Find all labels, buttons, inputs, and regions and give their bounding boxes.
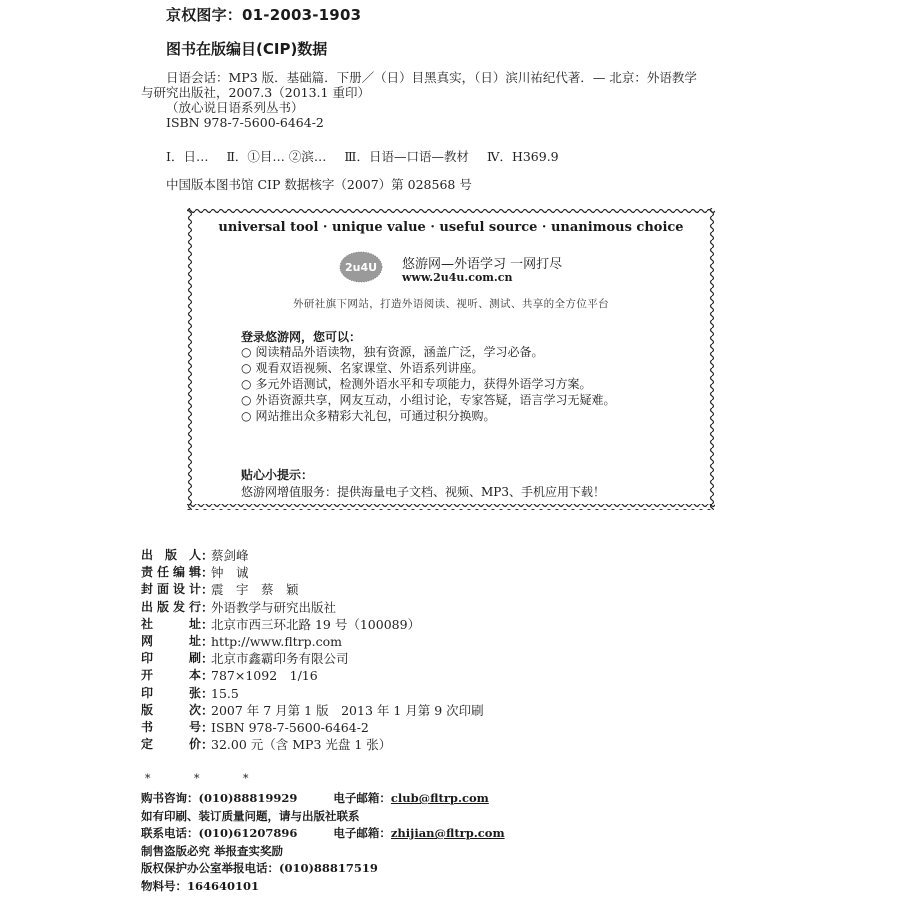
material-number: 物料号：164640101 — [141, 878, 505, 896]
circle-bullet-icon: ○ — [241, 409, 251, 423]
pub-label: 责任编辑 — [141, 564, 201, 581]
purchase-contact: 购书咨询：(010)88819929电子邮箱：club@fltrp.com — [141, 790, 505, 808]
pub-row-website: 网址 ： http://www.fltrp.com — [141, 633, 484, 650]
pub-row-cover-design: 封面设计 ： 震 宇 蔡 颖 — [141, 581, 484, 598]
pub-value: 15.5 — [211, 685, 239, 702]
pub-label: 封面设计 — [141, 581, 201, 598]
website-link[interactable]: http://www.fltrp.com — [211, 633, 342, 650]
publication-info: 出版人 ： 蔡剑峰 责任编辑 ： 钟 诚 封面设计 ： 震 宇 蔡 颖 出版发行… — [141, 547, 484, 753]
cip-record: 日语会话：MP3 版．基础篇．下册／（日）目黑真实，（日）滨川祐纪代著．— 北京… — [141, 70, 697, 130]
pub-value: 787×1092 1/16 — [211, 667, 318, 684]
pub-row-isbn: 书号 ： ISBN 978-7-5600-6464-2 — [141, 719, 484, 736]
pub-value: 32.00 元（含 MP3 光盘 1 张） — [211, 736, 391, 753]
list-item: ○阅读精品外语读物，独有资源，涵盖广泛，学习必备。 — [241, 344, 616, 360]
pub-row-format: 开本 ： 787×1092 1/16 — [141, 667, 484, 684]
pub-label: 版次 — [141, 702, 201, 719]
pub-row-price: 定价 ： 32.00 元（含 MP3 光盘 1 张） — [141, 736, 484, 753]
quality-phone: 联系电话：(010)61207896 — [141, 826, 297, 840]
promo-box: universal tool · unique value · useful s… — [187, 208, 715, 510]
pub-row-address: 社址 ： 北京市西三环北路 19 号（100089） — [141, 616, 484, 633]
circle-bullet-icon: ○ — [241, 345, 251, 359]
pub-value: 北京市鑫霸印务有限公司 — [211, 650, 349, 667]
pub-value: 外语教学与研究出版社 — [211, 599, 336, 616]
quality-email-link[interactable]: zhijian@fltrp.com — [391, 826, 505, 840]
list-item: ○多元外语测试，检测外语水平和专项能力，获得外语学习方案。 — [241, 376, 616, 392]
pub-label: 书号 — [141, 719, 201, 736]
star-separator: * * * — [145, 772, 289, 785]
pub-value: 钟 诚 — [211, 564, 249, 581]
pub-label: 定价 — [141, 736, 201, 753]
pub-label: 印刷 — [141, 650, 201, 667]
contact-info: 购书咨询：(010)88819929电子邮箱：club@fltrp.com 如有… — [141, 790, 505, 895]
piracy-note: 制售盗版必究 举报查实奖励 — [141, 843, 505, 861]
quality-note: 如有印刷、装订质量问题，请与出版社联系 — [141, 808, 505, 826]
list-item: ○外语资源共享，网友互动，小组讨论，专家答疑，语言学习无疑难。 — [241, 392, 616, 408]
copyright-permit: 京权图字：01-2003-1903 — [166, 4, 361, 25]
purchase-phone: 购书咨询：(010)88819929 — [141, 791, 297, 805]
pub-value: 北京市西三环北路 19 号（100089） — [211, 616, 420, 633]
pub-label: 印张 — [141, 685, 201, 702]
promo-site-title: 悠游网—外语学习 一网打尽 — [402, 253, 562, 272]
pub-label: 出版人 — [141, 547, 201, 564]
pub-row-printer: 印刷 ： 北京市鑫霸印务有限公司 — [141, 650, 484, 667]
cip-title: 图书在版编目(CIP)数据 — [166, 38, 327, 59]
purchase-email-link[interactable]: club@fltrp.com — [391, 791, 489, 805]
pub-row-editor: 责任编辑 ： 钟 诚 — [141, 564, 484, 581]
cip-line: 与研究出版社，2007.3（2013.1 重印） — [141, 85, 697, 100]
pub-row-edition: 版次 ： 2007 年 7 月第 1 版 2013 年 1 月第 9 次印刷 — [141, 702, 484, 719]
circle-bullet-icon: ○ — [241, 361, 251, 375]
promo-tips-text: 悠游网增值服务：提供海量电子文档、视频、MP3、手机应用下载！ — [241, 483, 605, 500]
circle-bullet-icon: ○ — [241, 377, 251, 391]
cip-line: 日语会话：MP3 版．基础篇．下册／（日）目黑真实，（日）滨川祐纪代著．— 北京… — [141, 70, 697, 85]
asterisk-icon: * — [194, 772, 200, 785]
promo-tips-title: 贴心小提示： — [241, 466, 313, 483]
pub-value: ISBN 978-7-5600-6464-2 — [211, 719, 369, 736]
cip-line: ISBN 978-7-5600-6464-2 — [141, 115, 697, 130]
pub-label: 网址 — [141, 633, 201, 650]
promo-site-url[interactable]: www.2u4u.com.cn — [402, 271, 512, 284]
classification-item: Ⅱ．①目… ②滨… — [226, 149, 326, 164]
promo-tagline: 外研社旗下网站，打造外语阅读、视听、测试、共享的全方位平台 — [187, 296, 715, 311]
pub-row-sheets: 印张 ： 15.5 — [141, 685, 484, 702]
classification-item: Ⅲ．日语—口语—教材 — [344, 149, 469, 164]
pub-value: 2007 年 7 月第 1 版 2013 年 1 月第 9 次印刷 — [211, 702, 484, 719]
circle-bullet-icon: ○ — [241, 393, 251, 407]
list-item: ○观看双语视频、名家课堂、外语系列讲座。 — [241, 360, 616, 376]
asterisk-icon: * — [243, 772, 249, 785]
classification-item: Ⅰ．日… — [166, 149, 208, 164]
cip-library-check: 中国版本图书馆 CIP 数据核字（2007）第 028568 号 — [166, 175, 472, 193]
cip-line: （放心说日语系列丛书） — [141, 100, 697, 115]
pub-label: 出版发行 — [141, 599, 201, 616]
pub-label: 社址 — [141, 616, 201, 633]
quality-contact: 联系电话：(010)61207896电子邮箱：zhijian@fltrp.com — [141, 825, 505, 843]
pub-value: 蔡剑峰 — [211, 547, 249, 564]
promo-feature-list: ○阅读精品外语读物，独有资源，涵盖广泛，学习必备。 ○观看双语视频、名家课堂、外… — [241, 344, 616, 424]
list-item: ○网站推出众多精彩大礼包，可通过积分换购。 — [241, 408, 616, 424]
classification-item: Ⅳ．H369.9 — [487, 149, 559, 164]
piracy-phone: 版权保护办公室举报电话：(010)88817519 — [141, 860, 505, 878]
pub-value: 震 宇 蔡 颖 — [211, 581, 299, 598]
cip-classification: Ⅰ．日… Ⅱ．①目… ②滨… Ⅲ．日语—口语—教材 Ⅳ．H369.9 — [166, 147, 573, 165]
promo-login-title: 登录悠游网，您可以： — [241, 328, 361, 345]
pub-row-distribution: 出版发行 ： 外语教学与研究出版社 — [141, 599, 484, 616]
pub-label: 开本 — [141, 667, 201, 684]
asterisk-icon: * — [145, 772, 151, 785]
promo-slogan: universal tool · unique value · useful s… — [187, 220, 715, 235]
svg-text:2u4U: 2u4U — [345, 261, 377, 274]
2u4u-logo-icon: 2u4U — [339, 251, 383, 283]
pub-row-publisher: 出版人 ： 蔡剑峰 — [141, 547, 484, 564]
